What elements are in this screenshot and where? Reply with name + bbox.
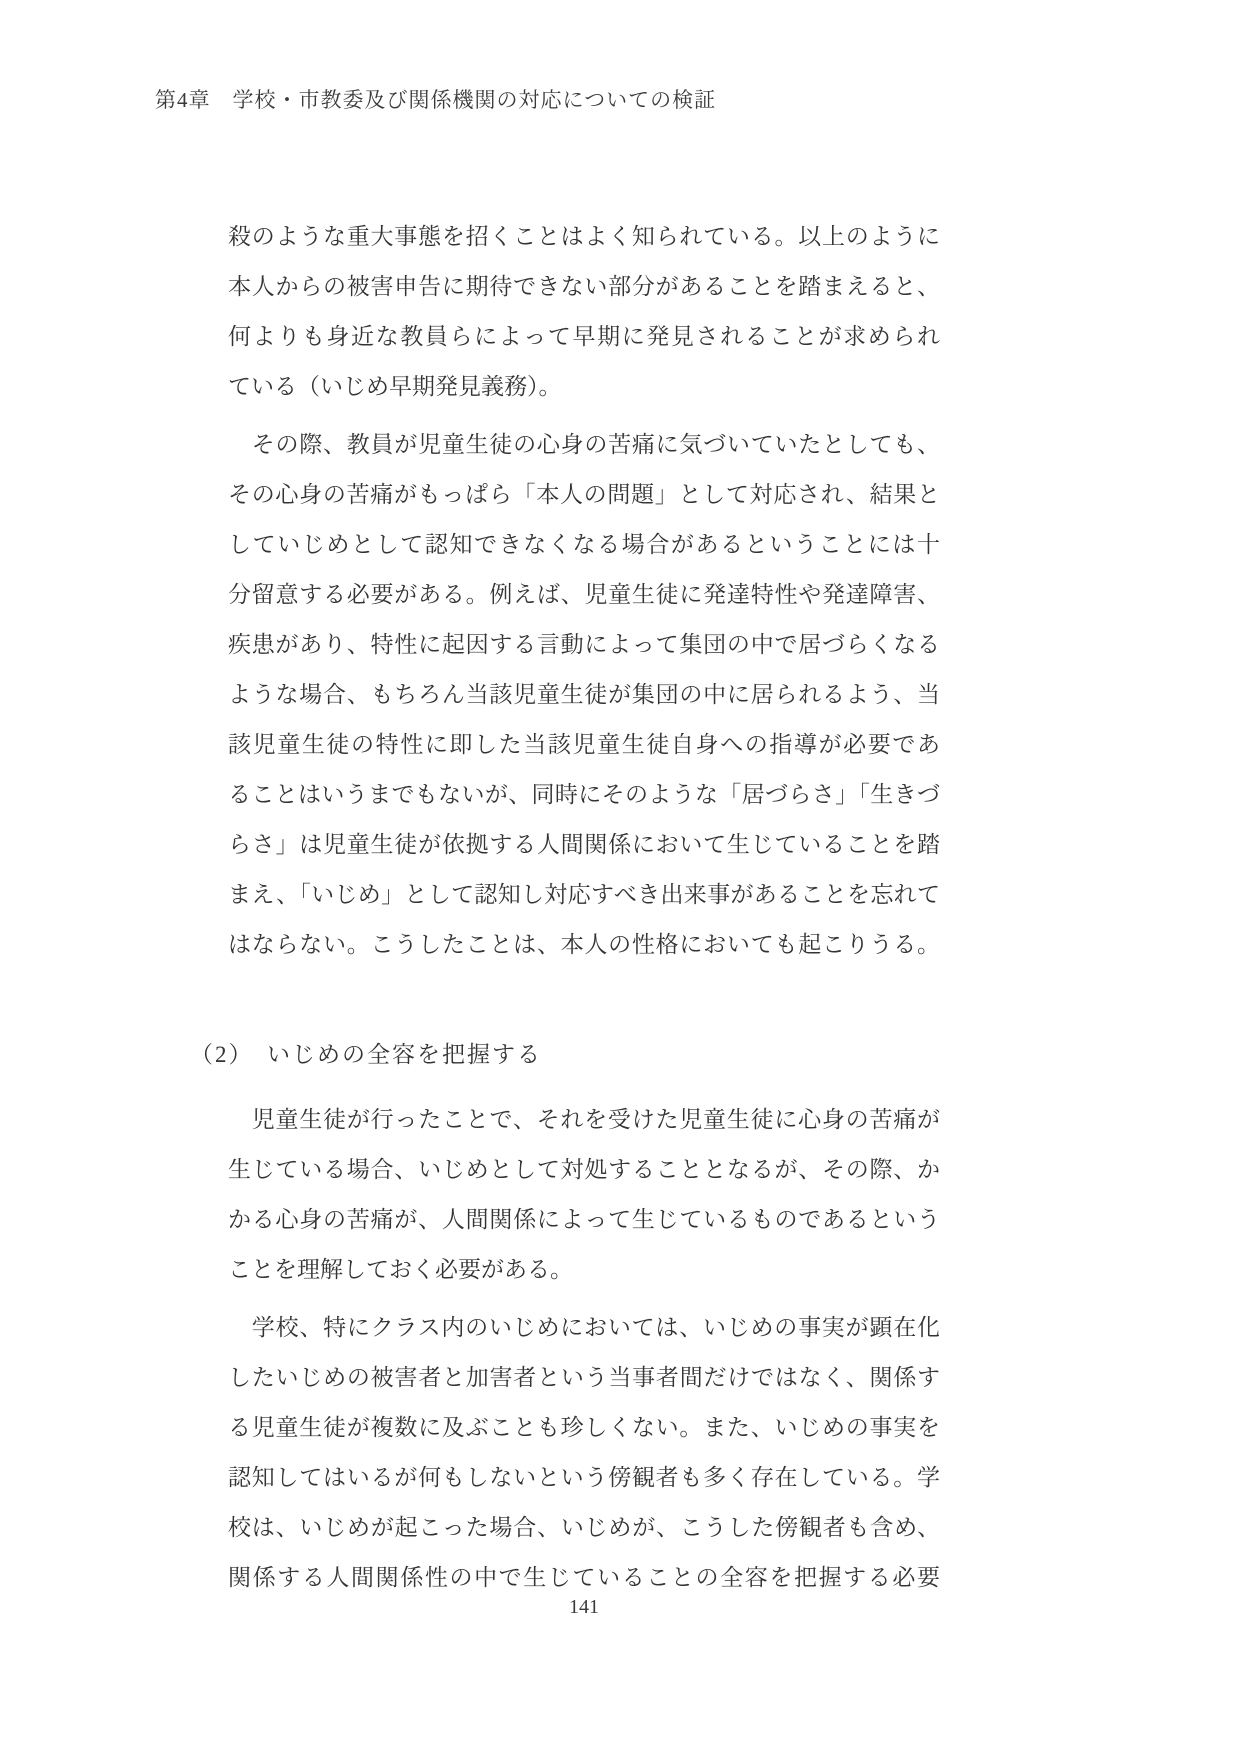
text-line: したいじめの被害者と加害者という当事者間だけではなく、関係す — [228, 1353, 940, 1403]
text-line: はならない。こうしたことは、本人の性格においても起こりうる。 — [228, 920, 940, 970]
text-line: 学校、特にクラス内のいじめにおいては、いじめの事実が顕在化 — [228, 1303, 940, 1353]
paragraph: 児童生徒が行ったことで、それを受けた児童生徒に心身の苦痛が生じている場合、いじめ… — [228, 1095, 940, 1295]
text-line: ている（いじめ早期発見義務）。 — [228, 362, 940, 412]
text-line: かる心身の苦痛が、人間関係によって生じているものであるという — [228, 1195, 940, 1245]
text-line: 児童生徒が行ったことで、それを受けた児童生徒に心身の苦痛が — [228, 1095, 940, 1145]
text-line: ことを理解しておく必要がある。 — [228, 1245, 940, 1295]
text-line: 殺のような重大事態を招くことはよく知られている。以上のように — [228, 212, 940, 262]
text-line: 生じている場合、いじめとして対処することとなるが、その際、か — [228, 1145, 940, 1195]
paragraph: 殺のような重大事態を招くことはよく知られている。以上のように本人からの被害申告に… — [228, 212, 940, 412]
section-heading: （2） いじめの全容を把握する — [190, 1035, 940, 1075]
text-line: その心身の苦痛がもっぱら「本人の問題」として対応され、結果と — [228, 470, 940, 520]
text-line: していじめとして認知できなくなる場合があるということには十 — [228, 520, 940, 570]
text-line: 本人からの被害申告に期待できない部分があることを踏まえると、 — [228, 262, 940, 312]
document-body: 殺のような重大事態を招くことはよく知られている。以上のように本人からの被害申告に… — [228, 212, 940, 1611]
page-number: 141 — [228, 1596, 940, 1619]
text-line: らさ」は児童生徒が依拠する人間関係において生じていることを踏 — [228, 820, 940, 870]
paragraph: 学校、特にクラス内のいじめにおいては、いじめの事実が顕在化したいじめの被害者と加… — [228, 1303, 940, 1603]
text-line: 何よりも身近な教員らによって早期に発見されることが求められ — [228, 312, 940, 362]
document-page: 第4章 学校・市教委及び関係機関の対応についての検証 殺のような重大事態を招くこ… — [0, 0, 1239, 1754]
paragraph: その際、教員が児童生徒の心身の苦痛に気づいていたとしても、その心身の苦痛がもっぱ… — [228, 420, 940, 970]
text-line: る児童生徒が複数に及ぶことも珍しくない。また、いじめの事実を — [228, 1403, 940, 1453]
text-line: 疾患があり、特性に起因する言動によって集団の中で居づらくなる — [228, 620, 940, 670]
text-line: 校は、いじめが起こった場合、いじめが、こうした傍観者も含め、 — [228, 1503, 940, 1553]
text-line: 認知してはいるが何もしないという傍観者も多く存在している。学 — [228, 1453, 940, 1503]
text-line: ることはいうまでもないが、同時にそのような「居づらさ」「生きづ — [228, 770, 940, 820]
text-line: まえ、「いじめ」として認知し対応すべき出来事があることを忘れて — [228, 870, 940, 920]
text-line: 該児童生徒の特性に即した当該児童生徒自身への指導が必要であ — [228, 720, 940, 770]
text-line: ような場合、もちろん当該児童生徒が集団の中に居られるよう、当 — [228, 670, 940, 720]
text-line: その際、教員が児童生徒の心身の苦痛に気づいていたとしても、 — [228, 420, 940, 470]
text-line: 分留意する必要がある。例えば、児童生徒に発達特性や発達障害、 — [228, 570, 940, 620]
chapter-header: 第4章 学校・市教委及び関係機関の対応についての検証 — [155, 84, 716, 114]
